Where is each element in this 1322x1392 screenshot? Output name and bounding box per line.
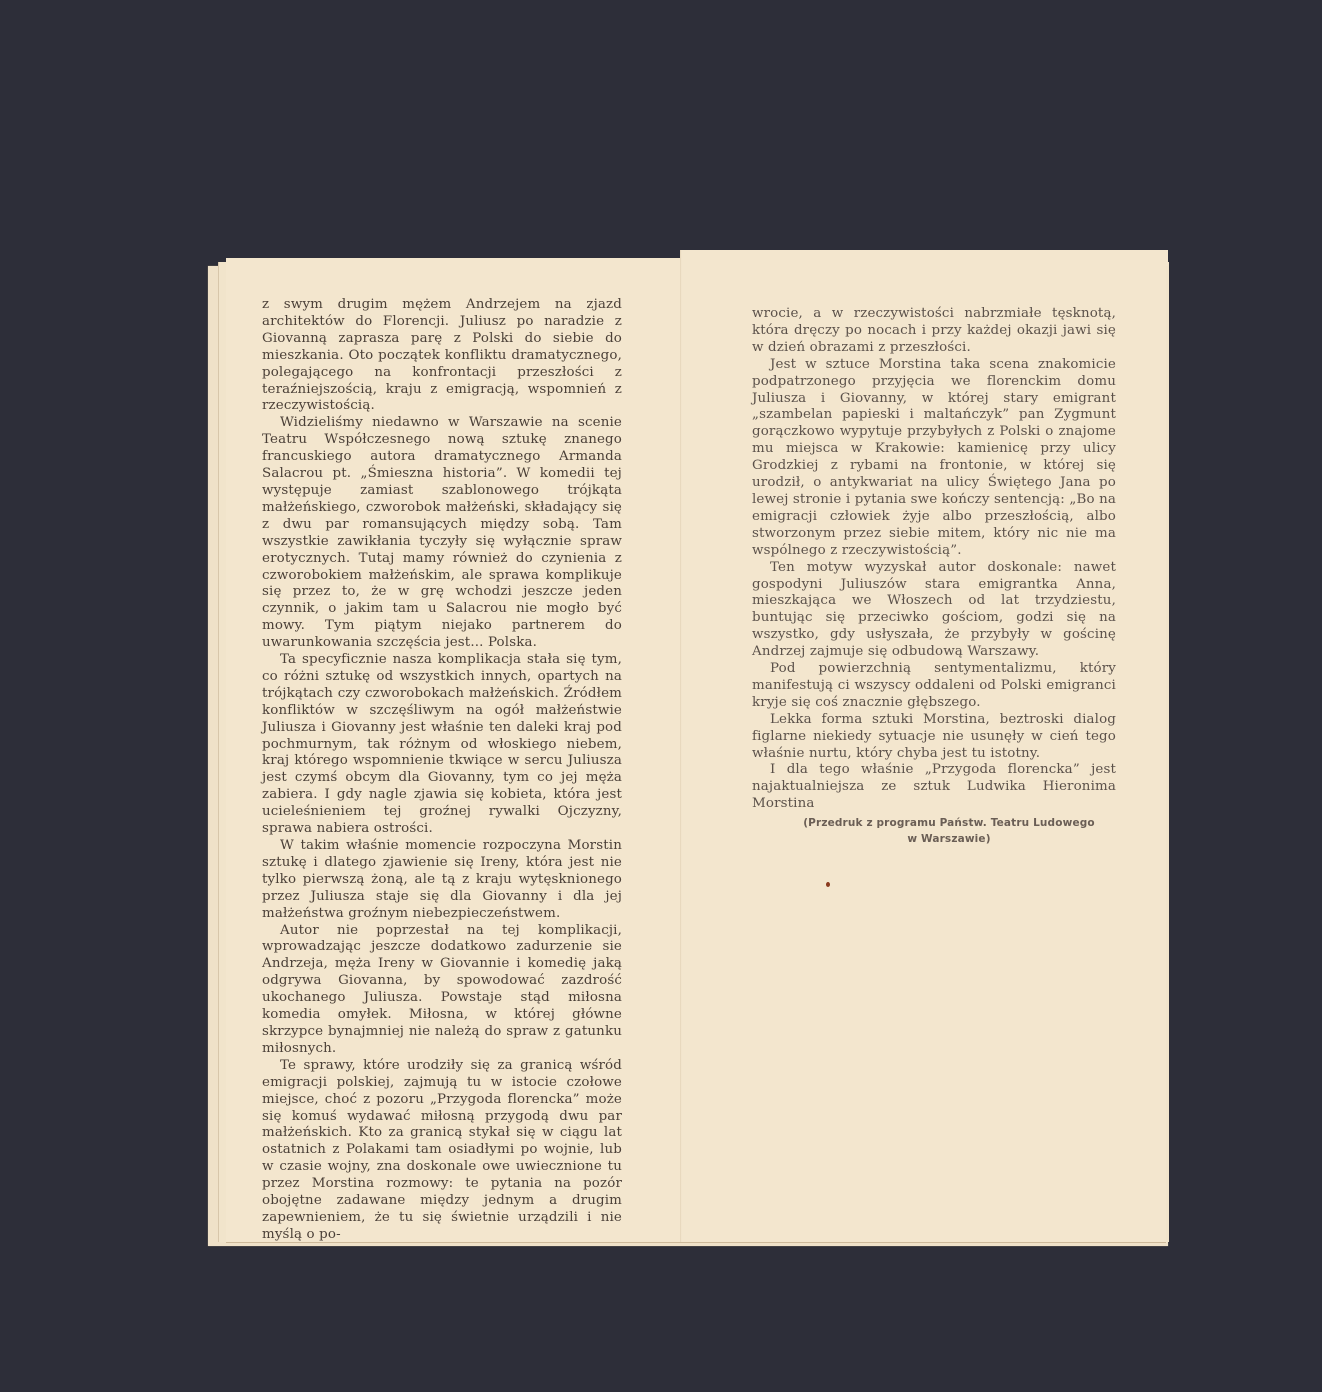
credit-line-2: w Warszawie) — [782, 831, 1116, 847]
reprint-credit: (Przedruk z programu Państw. Teatru Ludo… — [752, 815, 1116, 847]
paragraph: Autor nie poprzestał na tej komplikacji,… — [262, 923, 622, 1058]
paragraph: Lekka forma sztuki Morstina, beztroski d… — [752, 712, 1116, 763]
paragraph: Pod powierzchnią sentymentalizmu, który … — [752, 661, 1116, 712]
paragraph: Te sprawy, które urodziły się za granicą… — [262, 1058, 622, 1244]
right-page-text: wrocie, a w rzeczywistości nabrzmiałe tę… — [752, 306, 1116, 847]
paragraph: Ten motyw wyzyskał autor doskonale: nawe… — [752, 560, 1116, 661]
left-page-text: z swym drugim mężem Andrzejem na zjazd a… — [262, 297, 622, 1244]
paragraph: z swym drugim mężem Andrzejem na zjazd a… — [262, 297, 622, 415]
credit-line-1: (Przedruk z programu Państw. Teatru Ludo… — [782, 815, 1116, 831]
right-page-top-edge — [680, 250, 1168, 266]
paragraph: Jest w sztuce Morstina taka scena znakom… — [752, 357, 1116, 560]
center-fold — [680, 250, 682, 1242]
ink-speck — [826, 882, 830, 887]
paragraph: I dla tego właśnie „Przygoda florencka” … — [752, 762, 1116, 813]
paragraph: Widzieliśmy niedawno w Warszawie na scen… — [262, 415, 622, 652]
paragraph: W takim właśnie momencie rozpoczyna Mors… — [262, 838, 622, 923]
paragraph: Ta specyficznie nasza komplikacja stała … — [262, 652, 622, 838]
paragraph: wrocie, a w rzeczywistości nabrzmiałe tę… — [752, 306, 1116, 357]
